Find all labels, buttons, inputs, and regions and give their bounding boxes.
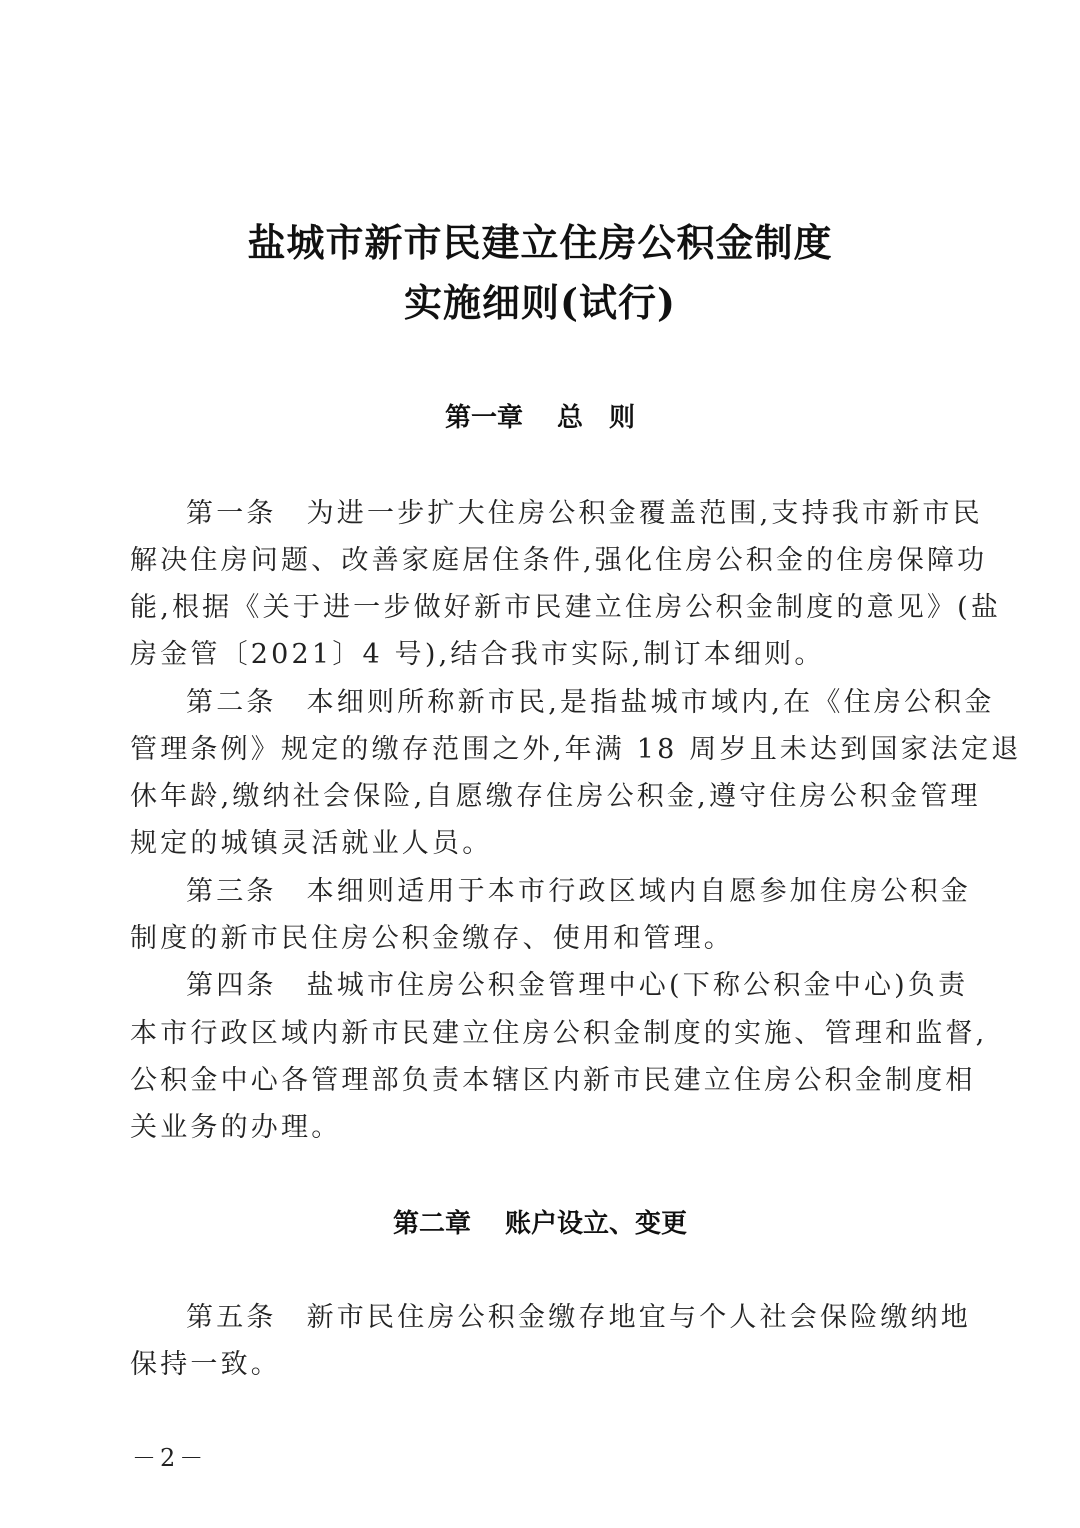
article-1-line-2: 解决住房问题、改善家庭居住条件,强化住房公积金的住房保障功 [130,543,960,579]
article-1-line-4: 房金管〔2021〕4 号),结合我市实际,制订本细则。 [130,637,960,673]
chapter-title: 总 则 [557,403,635,433]
chapter-heading-2: 第二章账户设立、变更 [0,1203,1080,1240]
article-4-line-3: 公积金中心各管理部负责本辖区内新市民建立住房公积金制度相 [130,1063,960,1099]
article-2-line-4: 规定的城镇灵活就业人员。 [130,826,960,862]
article-5-line-2: 保持一致。 [130,1347,960,1383]
article-label: 第一条 [186,496,277,532]
article-2-line-2: 管理条例》规定的缴存范围之外,年满 18 周岁且未达到国家法定退 [130,732,960,768]
article-4-line-1: 第四条盐城市住房公积金管理中心(下称公积金中心)负责 [186,968,1016,1004]
chapter-number: 第二章 [393,1209,471,1239]
article-4-line-4: 关业务的办理。 [130,1110,960,1146]
article-2-line-1: 第二条本细则所称新市民,是指盐城市域内,在《住房公积金 [186,685,1016,721]
article-5-line-1: 第五条新市民住房公积金缴存地宜与个人社会保险缴纳地 [186,1300,1016,1336]
article-label: 第五条 [186,1300,277,1336]
article-text: 本细则所称新市民,是指盐城市域内,在《住房公积金 [307,687,995,718]
chapter-number: 第一章 [445,403,523,433]
page-number: －2－ [132,1438,207,1473]
document-title-line1: 盐城市新市民建立住房公积金制度 [0,212,1080,267]
article-label: 第四条 [186,968,277,1004]
chapter-title: 账户设立、变更 [505,1209,687,1239]
document-page: 盐城市新市民建立住房公积金制度 实施细则(试行) 第一章总 则 第一条为进一步扩… [0,0,1080,1528]
article-text: 盐城市住房公积金管理中心(下称公积金中心)负责 [307,970,969,1001]
article-label: 第三条 [186,874,277,910]
article-3-line-1: 第三条本细则适用于本市行政区域内自愿参加住房公积金 [186,874,1016,910]
article-text: 为进一步扩大住房公积金覆盖范围,支持我市新市民 [307,498,983,529]
article-text: 本细则适用于本市行政区域内自愿参加住房公积金 [307,876,971,907]
article-3-line-2: 制度的新市民住房公积金缴存、使用和管理。 [130,921,960,957]
chapter-heading-1: 第一章总 则 [0,397,1080,434]
article-2-line-3: 休年龄,缴纳社会保险,自愿缴存住房公积金,遵守住房公积金管理 [130,779,960,815]
document-title-line2: 实施细则(试行) [0,272,1080,327]
article-label: 第二条 [186,685,277,721]
article-4-line-2: 本市行政区域内新市民建立住房公积金制度的实施、管理和监督, [130,1016,960,1052]
article-1-line-3: 能,根据《关于进一步做好新市民建立住房公积金制度的意见》(盐 [130,590,960,626]
article-1-line-1: 第一条为进一步扩大住房公积金覆盖范围,支持我市新市民 [186,496,1016,532]
article-text: 新市民住房公积金缴存地宜与个人社会保险缴纳地 [307,1302,971,1333]
